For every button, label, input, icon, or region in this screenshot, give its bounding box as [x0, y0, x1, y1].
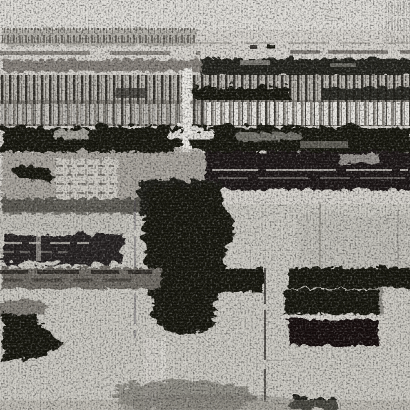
painting-canvas — [0, 0, 410, 410]
abstract-painting-photo — [0, 0, 410, 410]
grain-overlays — [0, 0, 410, 410]
light-grain — [0, 0, 410, 410]
